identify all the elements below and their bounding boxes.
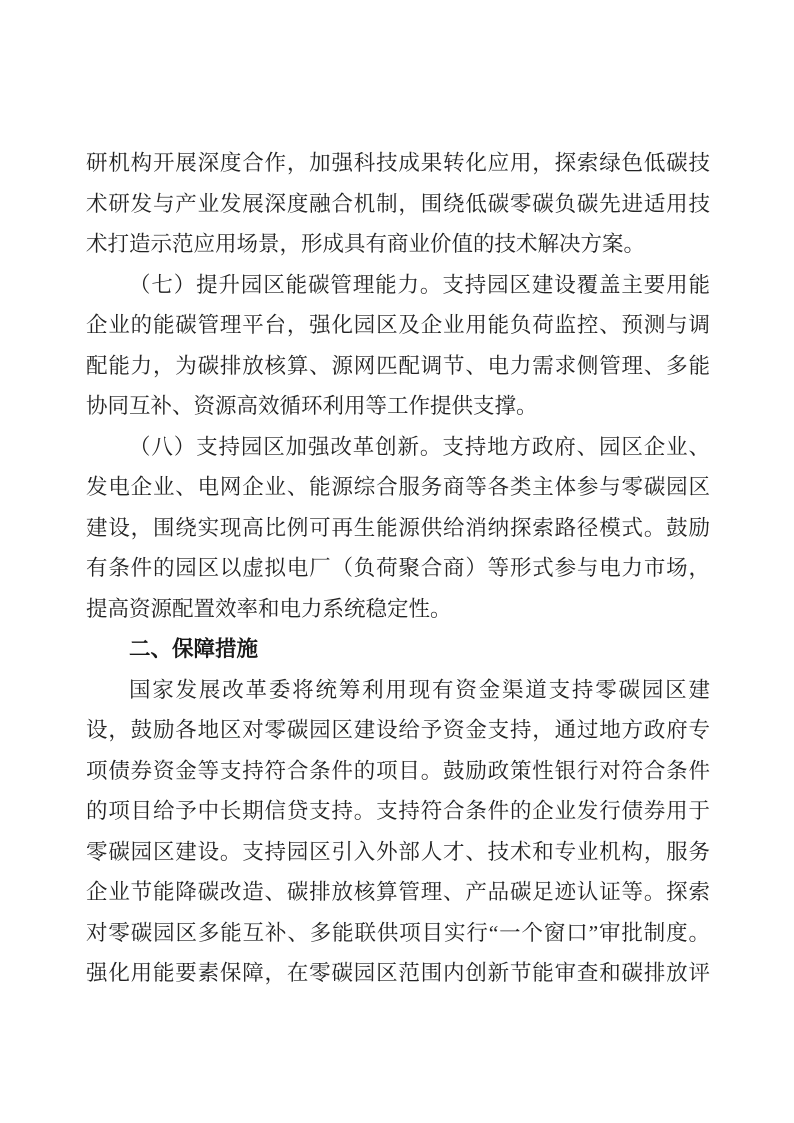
text-line: 建设，围绕实现高比例可再生能源供给消纳探索路径模式。鼓励	[86, 508, 710, 549]
text-line: 设，鼓励各地区对零碳园区建设给予资金支持，通过地方政府专	[86, 710, 710, 751]
document-page: 研机构开展深度合作，加强科技成果转化应用，探索绿色低碳技术研发与产业发展深度融合…	[0, 0, 794, 1123]
text-line: 协同互补、资源高效循环利用等工作提供支撑。	[86, 386, 710, 427]
text-line: 配能力，为碳排放核算、源网匹配调节、电力需求侧管理、多能	[86, 346, 710, 387]
text-line: 研机构开展深度合作，加强科技成果转化应用，探索绿色低碳技	[86, 143, 710, 184]
text-line: （八）支持园区加强改革创新。支持地方政府、园区企业、	[86, 427, 710, 468]
text-line: 术打造示范应用场景，形成具有商业价值的技术解决方案。	[86, 224, 710, 265]
text-line: 的项目给予中长期信贷支持。支持符合条件的企业发行债券用于	[86, 791, 710, 832]
document-text-block: 研机构开展深度合作，加强科技成果转化应用，探索绿色低碳技术研发与产业发展深度融合…	[86, 143, 710, 994]
text-line: 对零碳园区多能互补、多能联供项目实行“一个窗口”审批制度。	[86, 913, 710, 954]
text-line: 术研发与产业发展深度融合机制，围绕低碳零碳负碳先进适用技	[86, 184, 710, 225]
text-line: 项债券资金等支持符合条件的项目。鼓励政策性银行对符合条件	[86, 751, 710, 792]
text-line: （七）提升园区能碳管理能力。支持园区建设覆盖主要用能	[86, 265, 710, 306]
text-line: 企业节能降碳改造、碳排放核算管理、产品碳足迹认证等。探索	[86, 872, 710, 913]
text-line: 国家发展改革委将统筹利用现有资金渠道支持零碳园区建	[86, 670, 710, 711]
text-line: 提高资源配置效率和电力系统稳定性。	[86, 589, 710, 630]
text-line: 企业的能碳管理平台，强化园区及企业用能负荷监控、预测与调	[86, 305, 710, 346]
text-line: 强化用能要素保障，在零碳园区范围内创新节能审查和碳排放评	[86, 953, 710, 994]
text-line: 零碳园区建设。支持园区引入外部人才、技术和专业机构，服务	[86, 832, 710, 873]
text-line: 发电企业、电网企业、能源综合服务商等各类主体参与零碳园区	[86, 467, 710, 508]
text-line: 有条件的园区以虚拟电厂（负荷聚合商）等形式参与电力市场，	[86, 548, 710, 589]
section-heading: 二、保障措施	[86, 629, 710, 670]
